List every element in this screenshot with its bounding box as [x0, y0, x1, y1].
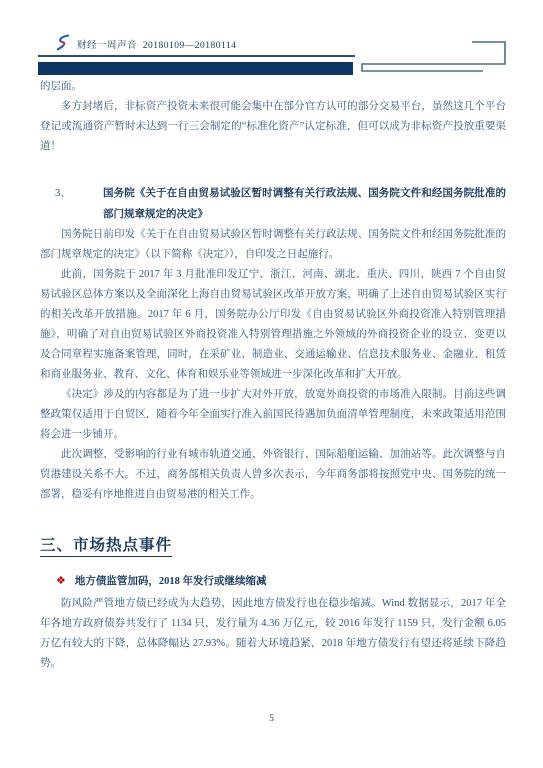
diamond-bullet-icon: ❖ [56, 571, 66, 591]
paragraph: 《决定》涉及的内容都是为了进一步扩大对外开放，放宽外商投资的市场准入限制。目前这… [40, 385, 506, 445]
list-item-3-number: 3、 [55, 183, 71, 204]
list-item-3-heading: 3、 国务院《关于在自由贸易试验区暂时调整有关行政法规、国务院文件和经国务院批准… [40, 183, 506, 225]
header-brand: 财经一周声音 20180109—20180114 [54, 34, 236, 52]
brand-logo-icon [54, 34, 72, 52]
page-footer: 5 [0, 714, 543, 724]
section-heading-market-events: 三、市场热点事件 [40, 533, 506, 555]
paragraph-continuation: 的层面。 [40, 77, 506, 97]
page-number: 5 [269, 714, 274, 724]
bullet-heading-title: 地方债监管加码，2018 年发行或继续缩减 [75, 572, 267, 592]
document-body: 的层面。 多方封堵后，非标资产投资未来很可能会集中在部分官方认可的部分交易平台，… [40, 77, 506, 674]
paragraph-local-debt: 防风险严管地方债已经成为大趋势，因此地方债发行也在稳步缩减。Wind 数据显示，… [40, 594, 506, 674]
paragraph: 此前，国务院于 2017 年 3 月批准印发辽宁、浙江、河南、湖北、重庆、四川、… [40, 265, 506, 385]
document-page: { "header": { "title": "财经一周声音", "date_r… [0, 0, 543, 768]
list-item-3-title: 国务院《关于在自由贸易试验区暂时调整有关行政法规、国务院文件和经国务院批准的部门… [103, 188, 506, 220]
report-title: 财经一周声音 20180109—20180114 [77, 37, 236, 52]
bullet-heading: ❖ 地方债监管加码，2018 年发行或继续缩减 [40, 571, 506, 592]
corner-decoration [361, 40, 507, 74]
paragraph: 国务院日前印发《关于在自由贸易试验区暂时调整有关行政法规、国务院文件和经国务院批… [40, 225, 506, 265]
report-date-range: 20180109—20180114 [143, 41, 237, 51]
paragraph: 此次调整，受影响的行业有城市轨道交通、外资银行、国际船舶运输、加油站等。此次调整… [40, 445, 506, 505]
header-navy-bar [38, 62, 353, 75]
paragraph-intro: 多方封堵后，非标资产投资未来很可能会集中在部分官方认可的部分交易平台，虽然这几个… [40, 97, 506, 157]
header-rule [38, 55, 355, 57]
